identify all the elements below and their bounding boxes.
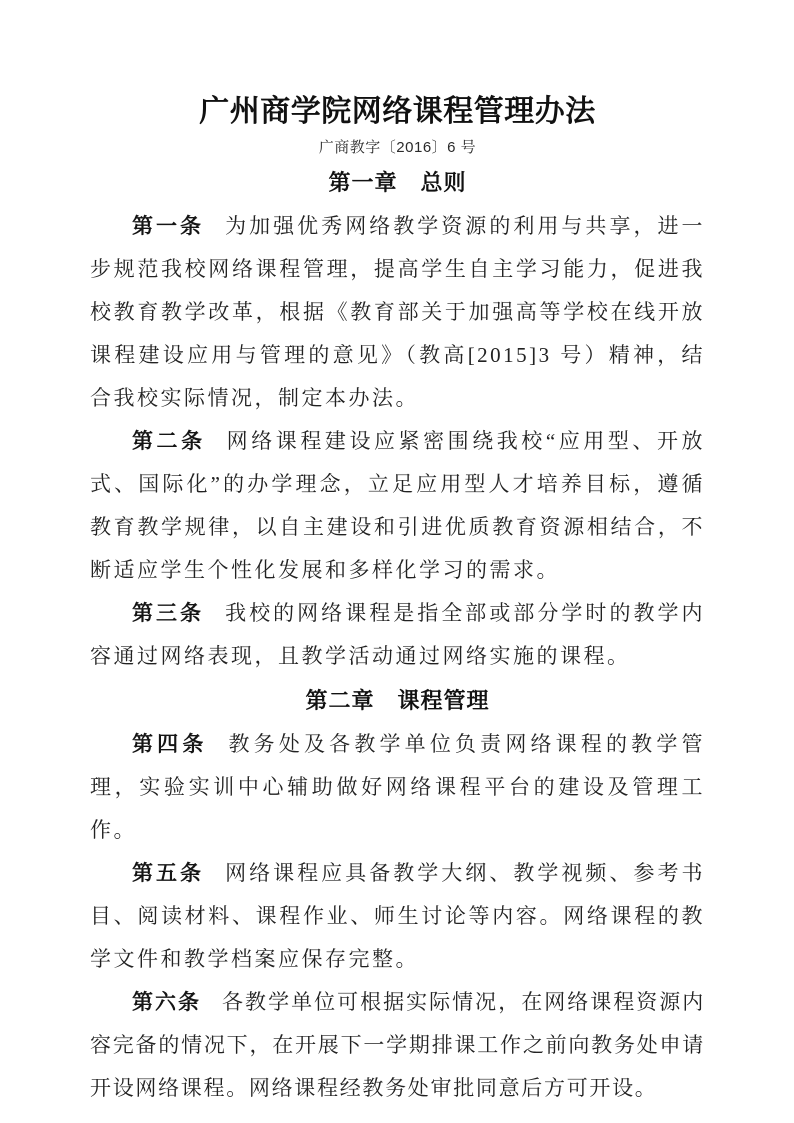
- document-number: 广商教字〔2016〕6 号: [90, 136, 705, 160]
- article-paragraph-5: 第五条网络课程应具备教学大纲、教学视频、参考书目、阅读材料、课程作业、师生讨论等…: [90, 852, 705, 981]
- article-1-label: 第一条: [132, 215, 204, 238]
- chapter-2-heading: 第二章 课程管理: [90, 678, 705, 723]
- article-paragraph-2: 第二条网络课程建设应紧密围绕我校“应用型、开放式、国际化”的办学理念，立足应用型…: [90, 420, 705, 592]
- chapter-1-heading: 第一章 总则: [90, 160, 705, 205]
- article-6-label: 第六条: [132, 991, 201, 1014]
- article-4-label: 第四条: [132, 733, 208, 756]
- article-paragraph-6: 第六条各教学单位可根据实际情况，在网络课程资源内容完备的情况下，在开展下一学期排…: [90, 981, 705, 1110]
- article-paragraph-4: 第四条教务处及各教学单位负责网络课程的教学管理，实验实训中心辅助做好网络课程平台…: [90, 723, 705, 852]
- article-paragraph-3: 第三条我校的网络课程是指全部或部分学时的教学内容通过网络表现，且教学活动通过网络…: [90, 592, 705, 678]
- document-title: 广州商学院网络课程管理办法: [90, 92, 705, 132]
- article-3-label: 第三条: [132, 602, 204, 625]
- article-2-label: 第二条: [132, 430, 206, 453]
- article-5-label: 第五条: [132, 862, 204, 885]
- document-page: 广州商学院网络课程管理办法 广商教字〔2016〕6 号 第一章 总则 第一条为加…: [0, 0, 794, 1123]
- article-paragraph-1: 第一条为加强优秀网络教学资源的利用与共享，进一步规范我校网络课程管理，提高学生自…: [90, 205, 705, 420]
- article-1-text: 为加强优秀网络教学资源的利用与共享，进一步规范我校网络课程管理，提高学生自主学习…: [90, 214, 705, 410]
